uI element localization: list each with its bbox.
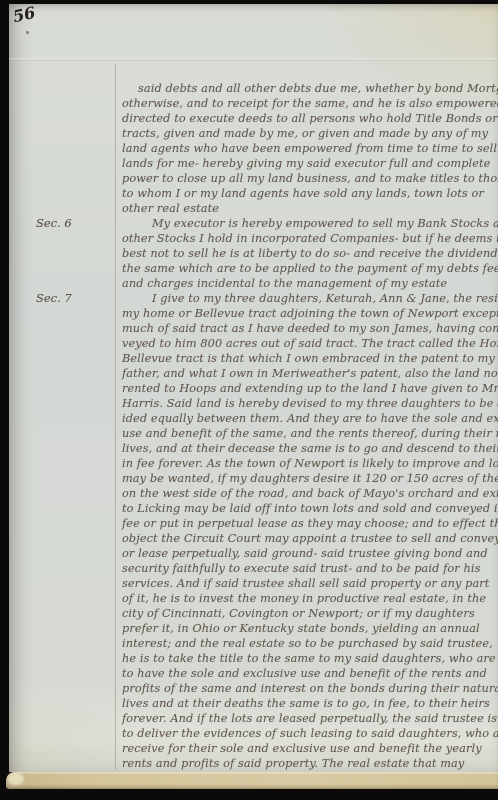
manuscript-line: rents and profits of said property. The … — [122, 756, 494, 771]
manuscript-line: other Stocks I hold in incorporated Comp… — [122, 231, 494, 246]
manuscript-line: in fee forever. As the town of Newport i… — [122, 456, 494, 471]
manuscript-line: object the Circuit Court may appoint a t… — [122, 531, 494, 546]
manuscript-line: otherwise, and to receipt for the same, … — [122, 96, 494, 111]
manuscript-line: father, and what I own in Meriweather's … — [122, 366, 494, 381]
manuscript-line: he is to take the title to the same to m… — [122, 651, 494, 666]
next-page-corner — [8, 773, 24, 785]
manuscript-line: receive for their sole and exclusive use… — [122, 741, 494, 756]
manuscript-photo: 56 Sec. 6Sec. 7 said debts and all other… — [0, 0, 498, 800]
manuscript-line: forever. And if the lots are leased perp… — [122, 711, 494, 726]
manuscript-line: rented to Hoops and extending up to the … — [122, 381, 494, 396]
manuscript-line: city of Cincinnati, Covington or Newport… — [122, 606, 494, 621]
manuscript-text: said debts and all other debts due me, w… — [122, 81, 494, 771]
manuscript-line: use and benefit of the same, and the ren… — [122, 426, 494, 441]
manuscript-line: security faithfully to execute said trus… — [122, 561, 494, 576]
manuscript-line: land agents who have been empowered from… — [122, 141, 494, 156]
manuscript-line: prefer it, in Ohio or Kentucky state bon… — [122, 621, 494, 636]
manuscript-line: to whom I or my land agents have sold an… — [122, 186, 494, 201]
manuscript-line: I give to my three daughters, Keturah, A… — [122, 291, 494, 306]
manuscript-line: veyed to him 800 acres out of said tract… — [122, 336, 494, 351]
manuscript-line: my home or Bellevue tract adjoining the … — [122, 306, 494, 321]
manuscript-line: other real estate — [122, 201, 494, 216]
manuscript-line: lands for me- hereby giving my said exec… — [122, 156, 494, 171]
manuscript-line: of it, he is to invest the money in prod… — [122, 591, 494, 606]
next-page-edge — [6, 772, 498, 789]
manuscript-line: may be wanted, if my daughters desire it… — [122, 471, 494, 486]
manuscript-line: My executor is hereby empowered to sell … — [122, 216, 494, 231]
manuscript-line: to deliver the evidences of such leasing… — [122, 726, 494, 741]
manuscript-line: lives, and at their decease the same is … — [122, 441, 494, 456]
manuscript-line: Bellevue tract is that which I own embra… — [122, 351, 494, 366]
section-label: Sec. 6 — [36, 216, 72, 231]
manuscript-line: said debts and all other debts due me, w… — [122, 81, 494, 96]
manuscript-line: and charges incidental to the management… — [122, 276, 494, 291]
section-label: Sec. 7 — [36, 291, 72, 306]
manuscript-line: interest; and the real estate so to be p… — [122, 636, 494, 651]
manuscript-line: much of said tract as I have deeded to m… — [122, 321, 494, 336]
manuscript-line: fee or put in perpetual lease as they ma… — [122, 516, 494, 531]
manuscript-line: lives and at their deaths the same is to… — [122, 696, 494, 711]
manuscript-line: services. And if said trustee shall sell… — [122, 576, 494, 591]
manuscript-line: to Licking may be laid off into town lot… — [122, 501, 494, 516]
manuscript-line: tracts, given and made by me, or given a… — [122, 126, 494, 141]
manuscript-line: best not to sell he is at liberty to do … — [122, 246, 494, 261]
manuscript-line: on the west side of the road, and back o… — [122, 486, 494, 501]
manuscript-line: to have the sole and exclusive use and b… — [122, 666, 494, 681]
margin-rule — [115, 64, 116, 770]
manuscript-line: power to close up all my land business, … — [122, 171, 494, 186]
ink-speck — [26, 31, 29, 34]
manuscript-line: ided equally between them. And they are … — [122, 411, 494, 426]
manuscript-line: or lease perpetually, said ground- said … — [122, 546, 494, 561]
manuscript-line: the same which are to be applied to the … — [122, 261, 494, 276]
manuscript-line: profits of the same and interest on the … — [122, 681, 494, 696]
manuscript-line: directed to execute deeds to all persons… — [122, 111, 494, 126]
manuscript-line: Harris. Said land is hereby devised to m… — [122, 396, 494, 411]
